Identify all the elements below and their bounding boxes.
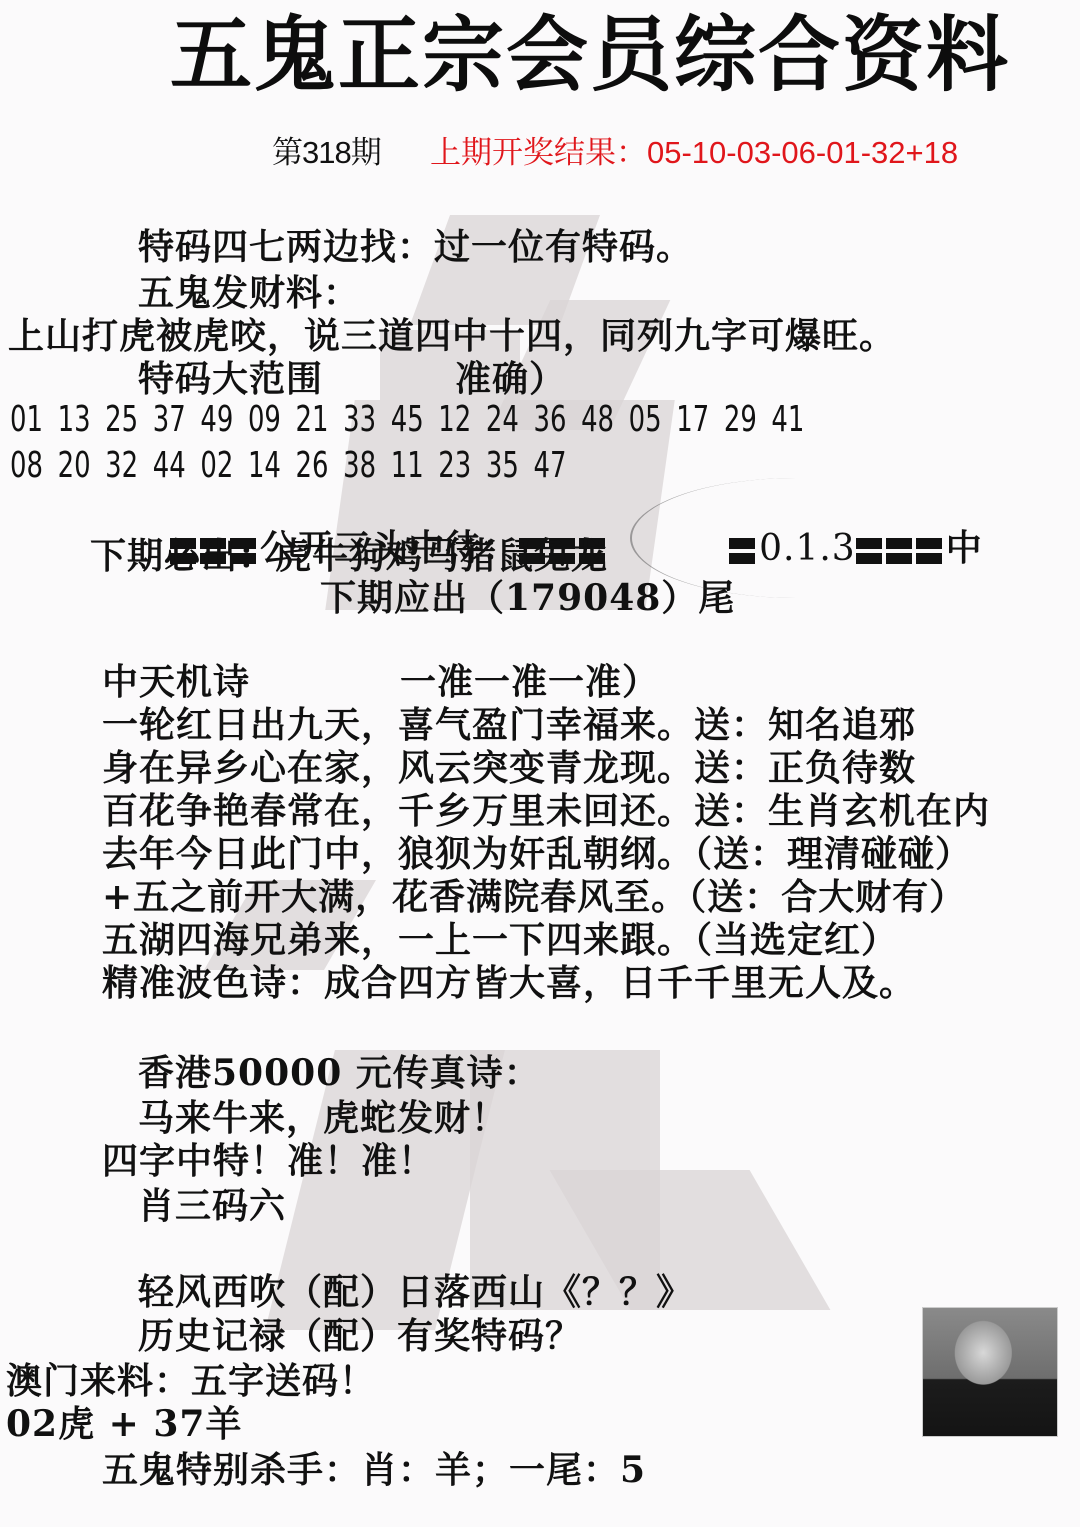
hk-line: 肖三码六 [138,1188,286,1224]
last-result: 上期开奖结果：05-10-03-06-01-32+18 [430,137,958,168]
section-heading: 五鬼发财料： [138,275,360,311]
must-out-line: 下期必出：虎牛狗鸡马猪鼠兔龙 [90,538,608,574]
killer-line: 五鬼特别杀手：肖：羊；一尾：5 [102,1452,646,1488]
poem-line: 身在异乡心在家，风云突变青龙现。送：正负待数 [102,750,916,786]
poem-heading-note: 一准一准一准） [400,664,659,700]
riddle-line: 轻风西吹（配）日落西山《？？》 [138,1274,693,1310]
macau-heading: 澳门来料：五字送码！ [6,1363,376,1399]
poem-line: 精准波色诗：成合四方皆大喜，日千千里无人及。 [102,965,916,1001]
should-out-line: 下期应出（179048）尾 [320,580,735,616]
riddle-line: 上山打虎被虎咬，说三道四中十四，同列九字可爆旺。 [8,318,896,354]
hk-line: 马来牛来，虎蛇发财！ [138,1100,508,1136]
poem-line: +五之前开大满，花香满院春风至。（送：合大财有） [102,879,966,915]
poem-heading: 中天机诗 [102,664,250,700]
last-result-label: 上期开奖结果： [430,135,647,170]
poem-line: 去年今日此门中，狼狈为奸乱朝纲。（送：理清碰碰） [102,836,972,872]
page-title: 五鬼正宗会员综合资料 [170,14,1010,96]
range-note: 准确） [455,361,566,397]
poem-line: 百花争艳春常在，千乡万里未回还。送：生肖玄机在内 [102,793,990,829]
scribble-overlay [630,478,962,598]
numbers-row-2: 08 20 32 44 02 14 26 38 11 23 35 47 [10,448,566,484]
poem-line: 五湖四海兄弟来，一上一下四来跟。（当选定红） [102,922,898,958]
hint-line: 特码四七两边找：过一位有特码。 [138,229,693,265]
numbers-row-1: 01 13 25 37 49 09 21 33 45 12 24 36 48 0… [10,402,804,438]
range-heading: 特码大范围 [138,361,323,397]
macau-numbers: 02虎 + 37羊 [6,1406,242,1442]
hk-line: 四字中特！准！准！ [102,1143,435,1179]
riddle-line: 历史记禄（配）有奖特码？ [138,1318,582,1354]
portrait-photo [922,1307,1058,1437]
issue-number: 第318期 [272,137,381,168]
poem-line: 一轮红日出九天，喜气盈门幸福来。送：知名追邪 [102,707,916,743]
last-result-value: 05-10-03-06-01-32+18 [647,135,958,170]
hk-heading: 香港50000 元传真诗： [138,1055,541,1091]
